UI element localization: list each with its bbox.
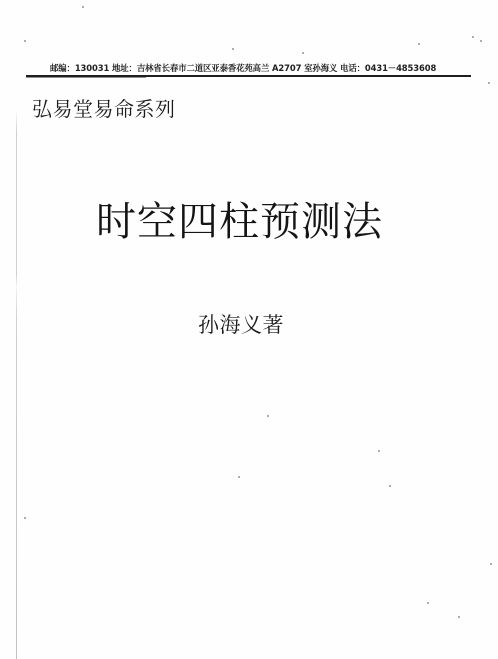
scan-speck [232, 48, 234, 50]
scan-speck [480, 40, 482, 42]
scan-speck [488, 82, 490, 84]
book-title: 时空四柱预测法 [96, 190, 416, 247]
scan-speck [490, 563, 492, 565]
author-line: 孙海义著 [198, 309, 284, 339]
scan-speck [458, 616, 460, 618]
scan-speck [427, 602, 429, 604]
series-label: 弘易堂易命系列 [32, 93, 176, 122]
scan-speck [418, 43, 420, 45]
scan-speck [472, 36, 474, 38]
scanned-page: 邮编：130031 地址：吉林省长春市二道区亚泰香花苑高兰 A2707 室孙海义… [0, 0, 498, 659]
scan-speck [302, 52, 304, 54]
contact-header: 邮编：130031 地址：吉林省长春市二道区亚泰香花苑高兰 A2707 室孙海义… [50, 62, 470, 74]
header-rule-divider [26, 75, 471, 77]
scan-speck [389, 485, 391, 487]
scan-speck [267, 415, 269, 417]
scan-speck [378, 450, 380, 452]
scan-edge-artifact [16, 110, 17, 659]
scan-speck [24, 40, 26, 42]
scan-speck [24, 517, 26, 519]
scan-speck [82, 6, 84, 8]
scan-speck [238, 476, 240, 478]
